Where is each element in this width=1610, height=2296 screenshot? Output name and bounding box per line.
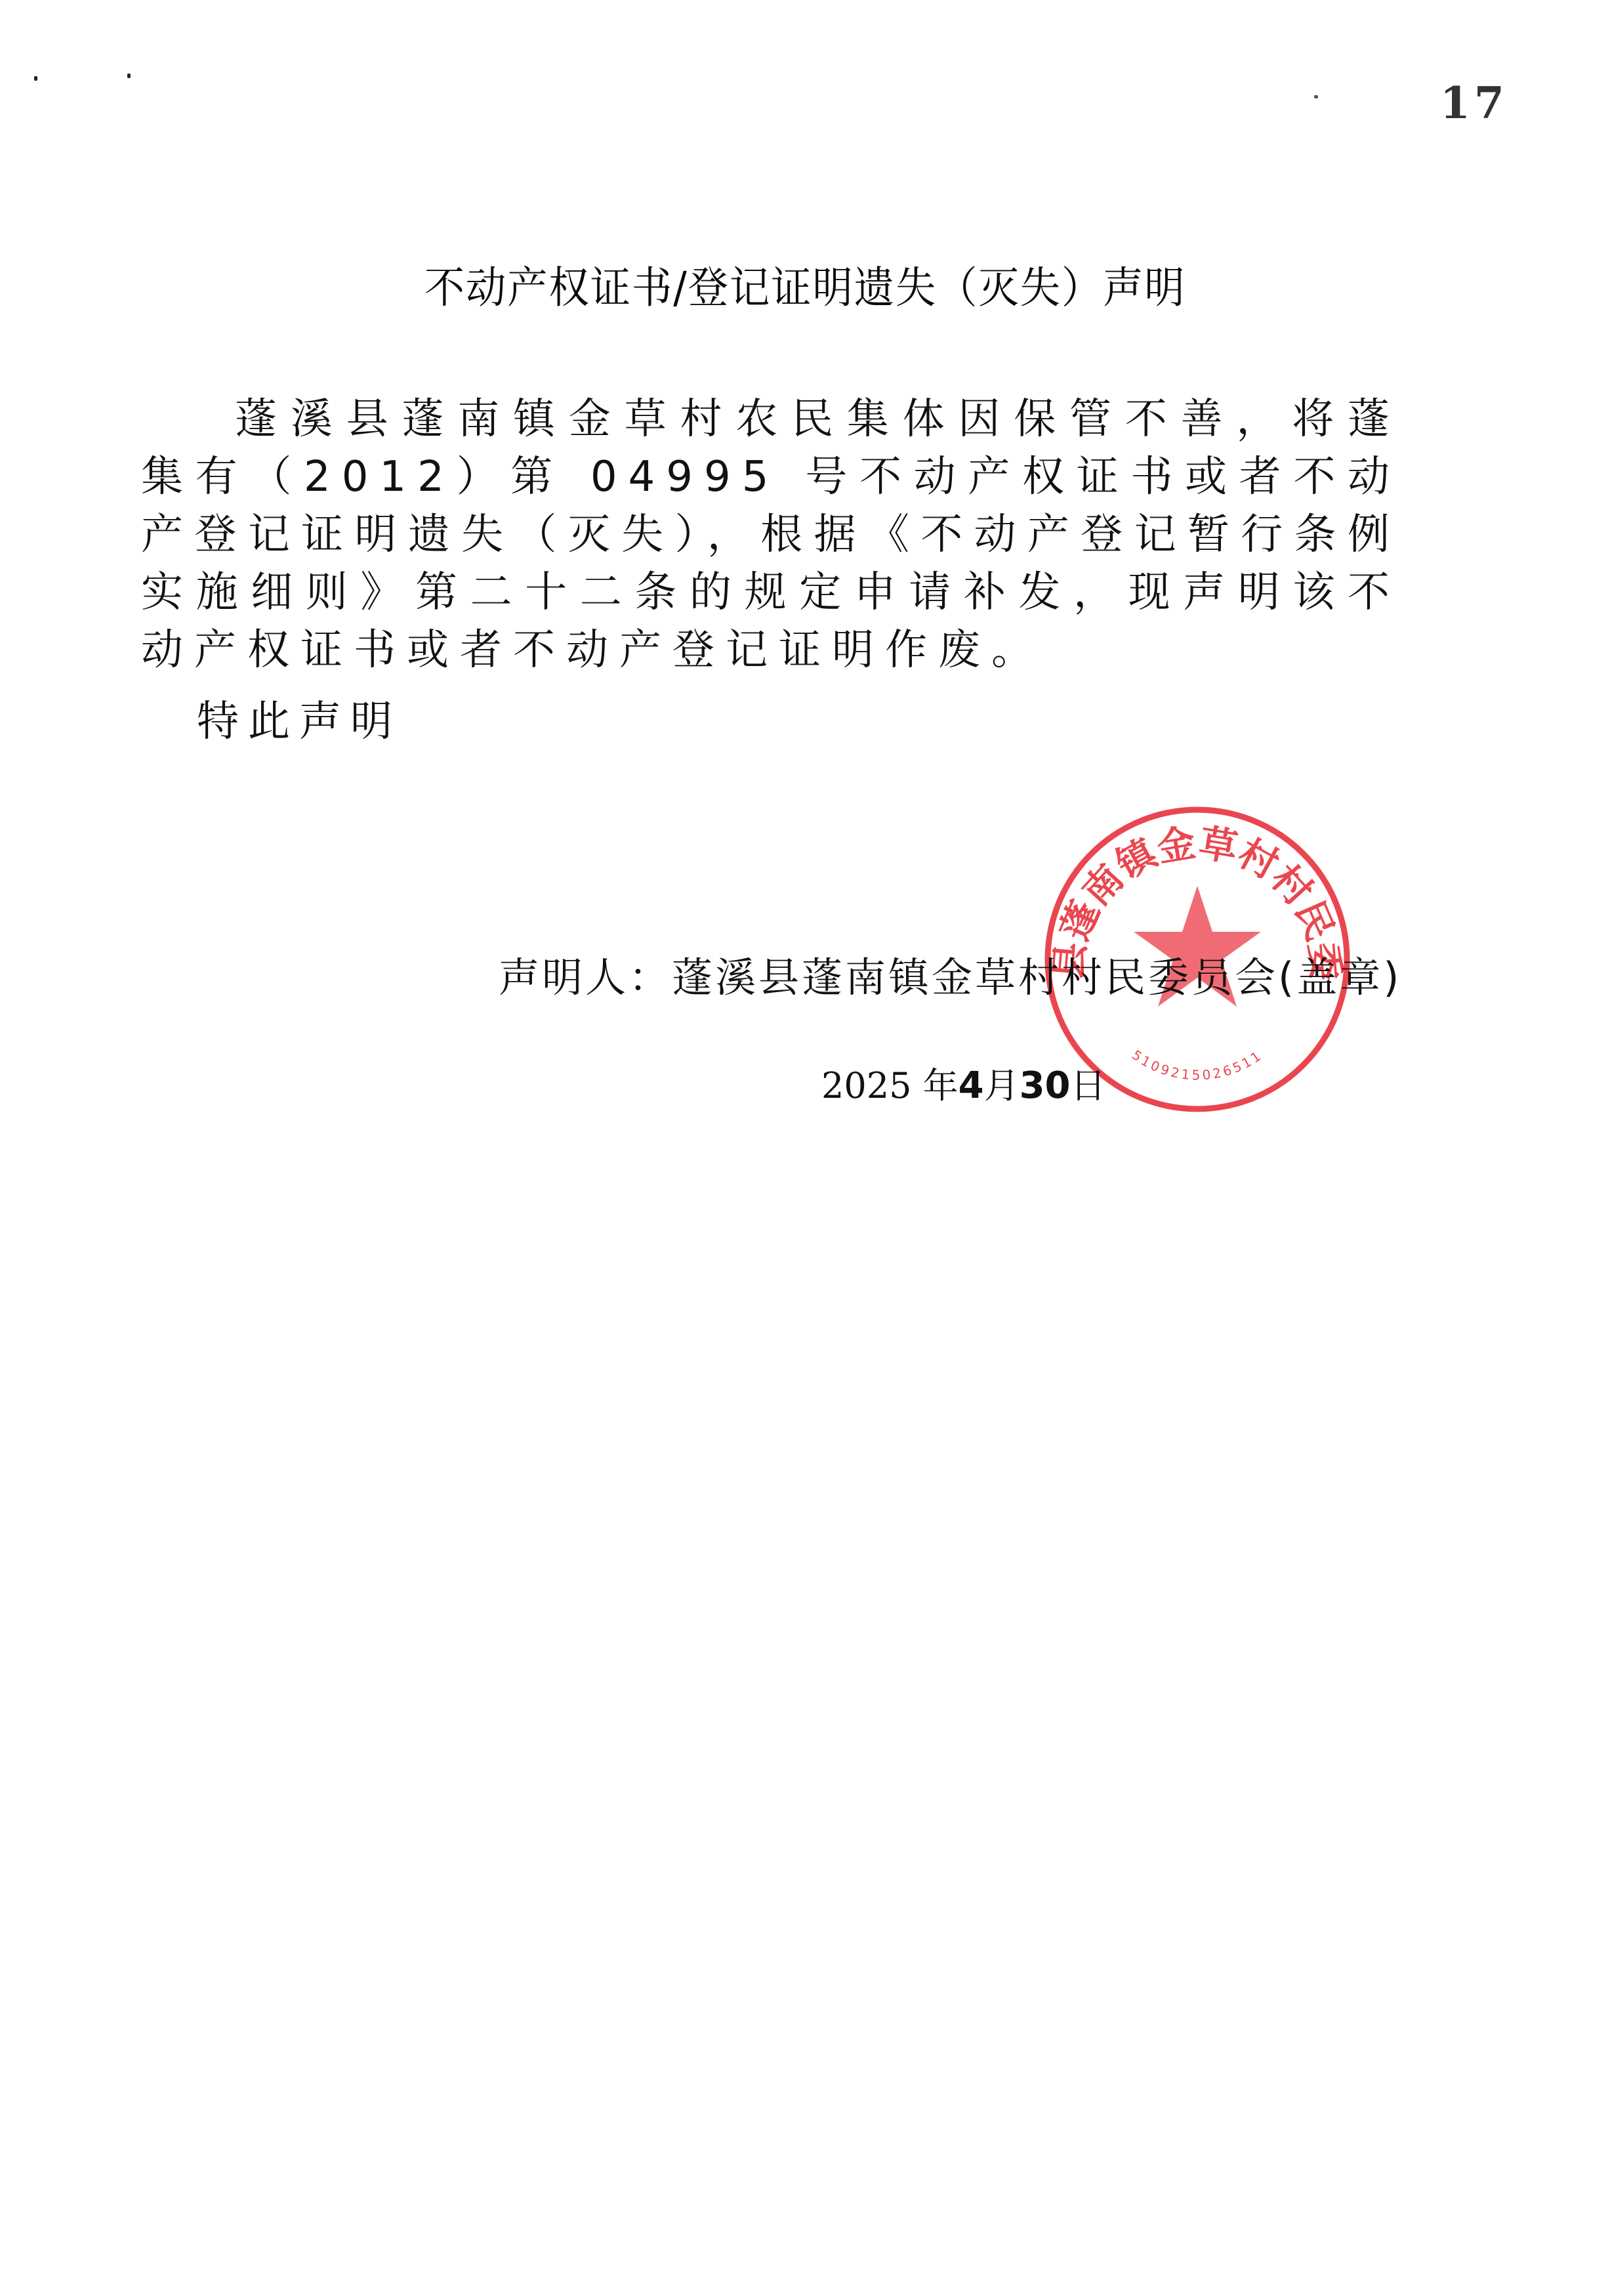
page-number: 17: [1440, 77, 1508, 129]
scan-speck: [127, 73, 131, 78]
date-month-unit: 月: [984, 1065, 1020, 1106]
declaration-body: 蓬溪县蓬南镇金草村农民集体因保管不善，将蓬集有（2012）第 04995 号不动…: [141, 390, 1401, 679]
closing-phrase: 特此声明: [197, 688, 402, 748]
date-day-handwritten: 30: [1020, 1064, 1071, 1107]
declarant-label: 声明人：: [499, 953, 672, 1001]
seal-note: (盖章): [1278, 953, 1401, 1001]
date-day-unit: 日: [1071, 1065, 1106, 1106]
seal-code: 5109215026511: [1129, 1047, 1266, 1083]
declarant-line: 声明人：蓬溪县蓬南镇金草村村民委员会(盖章): [499, 945, 1401, 1003]
date-year-unit: 年: [911, 1065, 958, 1106]
date-year: 2025: [821, 1065, 911, 1106]
declarant-name: 蓬溪县蓬南镇金草村村民委员会: [672, 953, 1278, 1001]
scan-speck: [34, 76, 37, 81]
date-month-handwritten: 4: [959, 1064, 984, 1107]
scan-speck: [1314, 95, 1318, 98]
body-paragraph: 蓬溪县蓬南镇金草村农民集体因保管不善，将蓬集有（2012）第 04995 号不动…: [141, 390, 1401, 679]
date-line: 2025 年4月30日: [821, 1058, 1106, 1108]
document-title-text: 不动产权证书/登记证明遗失（灭失）声明: [424, 253, 1186, 315]
document-title: 不动产权证书/登记证明遗失（灭失）声明: [0, 253, 1610, 315]
